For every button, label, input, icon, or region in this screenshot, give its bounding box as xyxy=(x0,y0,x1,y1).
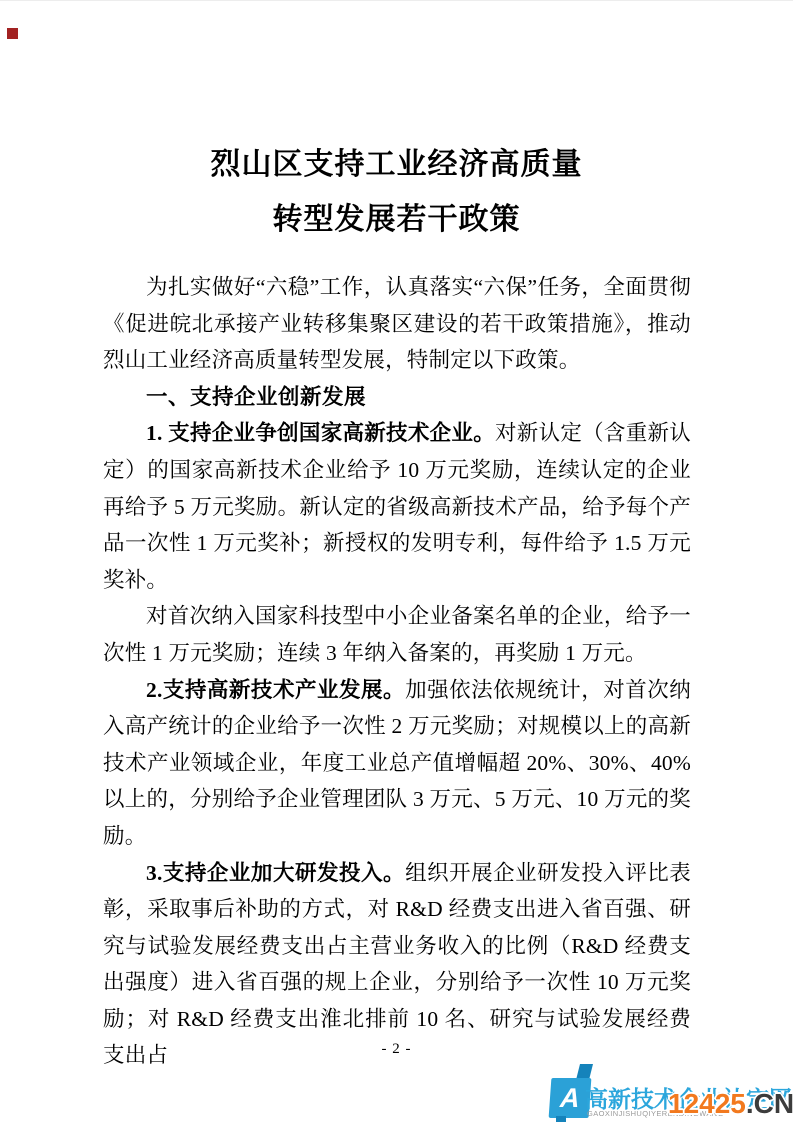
brand-domain-tld: .CN xyxy=(746,1088,793,1119)
section-1-heading: 一、支持企业创新发展 xyxy=(103,379,691,416)
red-corner-mark xyxy=(7,28,18,39)
brand-watermark: A 高新技术企业认定网 GAOXINJISHUQIYERENDINGWANG 1… xyxy=(548,1062,793,1123)
policy-item-1-text: 对新认定（含重新认定）的国家高新技术企业给予 10 万元奖励，连续认定的企业再给… xyxy=(103,421,691,591)
logo-tab-shape xyxy=(556,1116,566,1122)
title-line-1: 烈山区支持工业经济高质量 xyxy=(0,137,793,192)
document-title: 烈山区支持工业经济高质量 转型发展若干政策 xyxy=(0,1,793,247)
policy-item-2-title: 2.支持高新技术产业发展。 xyxy=(146,678,405,702)
policy-item-1-extra: 对首次纳入国家科技型中小企业备案名单的企业，给予一次性 1 万元奖励；连续 3 … xyxy=(103,598,691,671)
logo-letter: A xyxy=(559,1085,580,1112)
policy-item-2-text: 加强依法依规统计，对首次纳入高产统计的企业给予一次性 2 万元奖励；对规模以上的… xyxy=(103,678,691,848)
intro-paragraph: 为扎实做好“六稳”工作，认真落实“六保”任务，全面贯彻《促进皖北承接产业转移集聚… xyxy=(103,269,691,379)
policy-item-3-title: 3.支持企业加大研发投入。 xyxy=(146,861,405,885)
policy-item-3-text: 组织开展企业研发投入评比表彰，采取事后补助的方式，对 R&D 经费支出进入省百强… xyxy=(103,861,691,1068)
policy-item-2: 2.支持高新技术产业发展。加强依法依规统计，对首次纳入高产统计的企业给予一次性 … xyxy=(103,672,691,855)
page-number: - 2 - xyxy=(0,1041,793,1058)
brand-domain: 12425.CN xyxy=(668,1088,793,1120)
document-body: 为扎实做好“六稳”工作，认真落实“六保”任务，全面贯彻《促进皖北承接产业转移集聚… xyxy=(103,269,691,1074)
brand-domain-number: 12425 xyxy=(668,1088,746,1119)
policy-item-1-title: 1. 支持企业争创国家高新技术企业。 xyxy=(146,421,495,445)
document-page: 烈山区支持工业经济高质量 转型发展若干政策 为扎实做好“六稳”工作，认真落实“六… xyxy=(0,0,793,1123)
title-line-2: 转型发展若干政策 xyxy=(0,192,793,247)
policy-item-1: 1. 支持企业争创国家高新技术企业。对新认定（含重新认定）的国家高新技术企业给予… xyxy=(103,415,691,598)
